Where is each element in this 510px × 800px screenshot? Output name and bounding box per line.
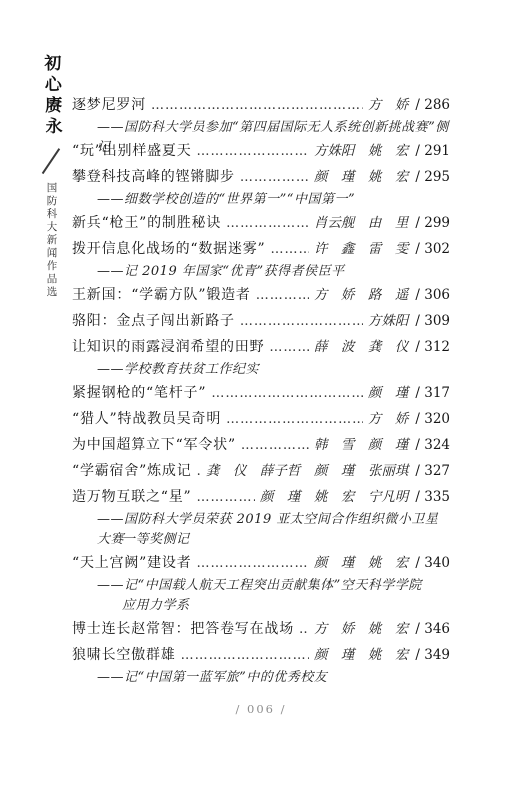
- toc-entry: 狼啸长空傲群雄 ………………………………………………………………………………………: [72, 642, 450, 668]
- toc-entry-authors: 颜 瑾 姚 宏: [314, 550, 409, 576]
- dot-leader: ……………………………………………………………………………………………………………: [181, 643, 309, 669]
- dot-leader: ……………………………………………………………………………………………………………: [197, 485, 255, 511]
- dot-leader: ……………………………………………………………………………………………………………: [240, 165, 309, 191]
- toc-entry-authors: 许 鑫 雷 雯: [314, 236, 409, 262]
- toc-entry-page: / 291: [415, 138, 450, 164]
- toc-entry-authors: 薛 波 龚 仪: [314, 334, 409, 360]
- toc-entry-authors: 颜 瑾: [368, 380, 409, 406]
- toc-entry-authors: 肖云舰 由 里: [314, 210, 409, 236]
- toc-entry-title: “玩”出别样盛夏天: [72, 138, 192, 164]
- toc-entry-page: / 340: [415, 550, 450, 576]
- toc-entry-title: 逐梦尼罗河: [72, 92, 146, 118]
- toc-entry-page: / 312: [415, 334, 450, 360]
- toc-entry-authors: 颜 瑾 姚 宏: [314, 164, 409, 190]
- toc-entry-page: / 346: [415, 616, 450, 642]
- dot-leader: ……………………………………………………………………………………………………………: [269, 335, 308, 361]
- toc-entry-page: / 317: [415, 380, 450, 406]
- toc-entry: 博士连长赵常智：把答卷写在战场 …………………………………………………………………: [72, 616, 450, 642]
- toc-entry: 骆阳：金点子闯出新路子 ……………………………………………………………………………: [72, 308, 450, 334]
- toc-entry: 紧握钢枪的“笔杆子” ………………………………………………………………………………: [72, 380, 450, 406]
- page-folio: / 006 /: [72, 702, 450, 716]
- toc-entry-authors: 颜 瑾 姚 宏: [314, 642, 409, 668]
- toc-entry-authors: 韩 雪 颜 瑾: [314, 432, 409, 458]
- toc-entry-page: / 309: [415, 308, 450, 334]
- toc-entry-page: / 324: [415, 432, 450, 458]
- toc-entry-title: 新兵“枪王”的制胜秘诀: [72, 210, 221, 236]
- dot-leader: ……………………………………………………………………………………………………………: [226, 407, 363, 433]
- toc-entry-page: / 335: [415, 484, 450, 510]
- toc-entry-title: 让知识的雨露浸润希望的田野: [72, 334, 264, 360]
- toc-entry-title: “天上宫阙”建设者: [72, 550, 192, 576]
- dot-leader: ……………………………………………………………………………………………………………: [197, 551, 309, 577]
- toc-entry-subtitle: ——学校教育扶贫工作纪实: [72, 360, 450, 380]
- toc-entry-authors: 方 娇 路 遥: [314, 282, 409, 308]
- toc-entry-title: 拨开信息化战场的“数据迷雾”: [72, 236, 266, 262]
- toc-entry-title: 造万物互联之“星”: [72, 484, 192, 510]
- book-brand-column: 初心赓永 国防科大新闻作品选: [36, 54, 66, 299]
- toc-entry: “天上宫阙”建设者 …………………………………………………………………………………: [72, 550, 450, 576]
- toc-entry-authors: 龚 仪 薛子哲 颜 瑾 张丽琪: [206, 458, 409, 484]
- dot-leader: ……………………………………………………………………………………………………………: [197, 139, 309, 165]
- toc-entry: 让知识的雨露浸润希望的田野 ………………………………………………………………………: [72, 334, 450, 360]
- toc-entry-authors: 方姝阳: [368, 308, 409, 334]
- toc-entry-title: 王新国：“学霸方队”锻造者: [72, 282, 251, 308]
- toc-entry-title: 紧握钢枪的“笔杆子”: [72, 380, 206, 406]
- slash-divider-icon: [42, 148, 60, 174]
- book-title-calligraphy: 初心赓永: [38, 54, 63, 138]
- toc-entry: 逐梦尼罗河 ……………………………………………………………………………………………: [72, 92, 450, 118]
- toc-entry-title: 攀登科技高峰的铿锵脚步: [72, 164, 235, 190]
- toc-entry-title: 博士连长赵常智：把答卷写在战场: [72, 616, 294, 642]
- toc-entry: 拨开信息化战场的“数据迷雾” ……………………………………………………………………: [72, 236, 450, 262]
- toc-entry: “猎人”特战教员吴奇明 ……………………………………………………………………………: [72, 406, 450, 432]
- toc-entry-subtitle: ——国防科大学员荣获 2019 亚太空间合作组织微小卫星大赛: [72, 510, 450, 530]
- dot-leader: ……………………………………………………………………………………………………………: [299, 617, 309, 643]
- toc-entry: 为中国超算立下“军令状” …………………………………………………………………………: [72, 432, 450, 458]
- toc-entry-title: 为中国超算立下“军令状”: [72, 432, 236, 458]
- toc-entry-title: “猎人”特战教员吴奇明: [72, 406, 221, 432]
- toc-entry-authors: 方 娇: [368, 92, 409, 118]
- toc-entry-page: / 302: [415, 236, 450, 262]
- toc-entry-subtitle: 应用力学系: [72, 596, 450, 616]
- toc-entry: “玩”出别样盛夏天 …………………………………………………………………………………: [72, 138, 450, 164]
- toc-entry-title: 骆阳：金点子闯出新路子: [72, 308, 235, 334]
- toc-entry: 新兵“枪王”的制胜秘诀 ……………………………………………………………………………: [72, 210, 450, 236]
- toc-entry: 攀登科技高峰的铿锵脚步 ……………………………………………………………………………: [72, 164, 450, 190]
- toc-entry-authors: 方 娇 姚 宏: [314, 616, 409, 642]
- toc-entry-page: / 299: [415, 210, 450, 236]
- toc-entry-page: / 306: [415, 282, 450, 308]
- dot-leader: ……………………………………………………………………………………………………………: [151, 93, 363, 119]
- toc-entry-subtitle: ——记“中国第一蓝军旅”中的优秀校友: [72, 668, 450, 688]
- toc-entry: 造万物互联之“星” …………………………………………………………………………………: [72, 484, 450, 510]
- toc-entry-subtitle: 一等奖侧记: [72, 530, 450, 550]
- toc-entry-page: / 286: [415, 92, 450, 118]
- toc-entry-page: / 349: [415, 642, 450, 668]
- toc-entry-title: 狼啸长空傲群雄: [72, 642, 176, 668]
- toc-entry-page: / 295: [415, 164, 450, 190]
- toc-entry-authors: 方 娇: [368, 406, 409, 432]
- book-series-label: 国防科大新闻作品选: [45, 182, 58, 299]
- toc-entry-subtitle: ——国防科大学员参加“第四届国际无人系统创新挑战赛”侧记: [72, 118, 450, 138]
- toc-entry-subtitle: ——记 2019 年国家“优青”获得者侯臣平: [72, 262, 450, 282]
- toc-entry-title: “学霸宿舍”炼成记: [72, 458, 192, 484]
- dot-leader: ……………………………………………………………………………………………………………: [197, 459, 201, 485]
- toc-entry-page: / 327: [415, 458, 450, 484]
- dot-leader: ……………………………………………………………………………………………………………: [211, 381, 363, 407]
- dot-leader: ……………………………………………………………………………………………………………: [256, 283, 309, 309]
- toc-entry: “学霸宿舍”炼成记 …………………………………………………………………………………: [72, 458, 450, 484]
- toc-list: 逐梦尼罗河 ……………………………………………………………………………………………: [72, 92, 450, 688]
- toc-entry-subtitle: ——记“中国载人航天工程突出贡献集体”空天科学学院: [72, 576, 450, 596]
- dot-leader: ……………………………………………………………………………………………………………: [240, 309, 363, 335]
- toc-entry: 王新国：“学霸方队”锻造者 ………………………………………………………………………: [72, 282, 450, 308]
- toc-entry-subtitle: ——细数学校创造的“世界第一”“中国第一”: [72, 190, 450, 210]
- dot-leader: ……………………………………………………………………………………………………………: [271, 237, 309, 263]
- toc-entry-authors: 方姝阳 姚 宏: [314, 138, 409, 164]
- dot-leader: ……………………………………………………………………………………………………………: [226, 211, 309, 237]
- toc-entry-page: / 320: [415, 406, 450, 432]
- toc-entry-authors: 颜 瑾 姚 宏 宁凡明: [260, 484, 409, 510]
- dot-leader: ……………………………………………………………………………………………………………: [241, 433, 309, 459]
